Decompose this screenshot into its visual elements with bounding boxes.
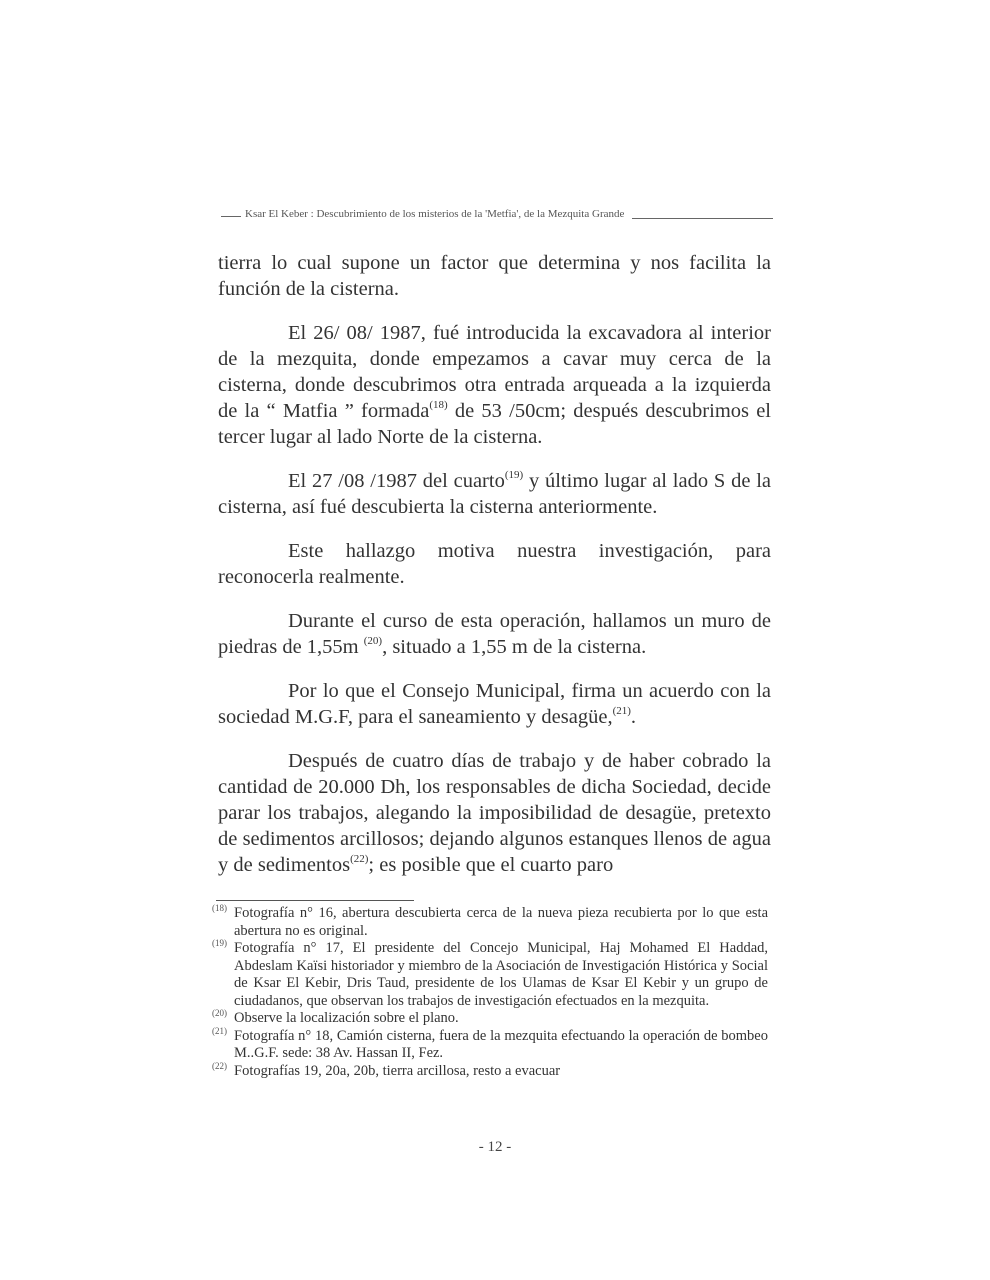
footnotes: (18)Fotografía n° 16, abertura descubier… [212, 905, 768, 1080]
footnote-divider [216, 900, 414, 901]
footnote-19: (19)Fotografía n° 17, El presidente del … [212, 940, 768, 1010]
footnote-ref[interactable]: (20) [364, 635, 382, 647]
paragraph-text: El 27 /08 /1987 del cuarto [288, 470, 505, 492]
paragraph-text: , situado a 1,55 m de la cisterna. [382, 636, 646, 658]
footnote-text: Fotografía n° 17, El presidente del Conc… [234, 940, 768, 1009]
paragraph-text: Por lo que el Consejo Municipal, firma u… [218, 680, 771, 728]
paragraph: Durante el curso de esta operación, hall… [218, 608, 771, 660]
footnote-ref[interactable]: (21) [613, 705, 631, 717]
footnote-ref[interactable]: (22) [350, 853, 368, 865]
paragraph: Este hallazgo motiva nuestra investigaci… [218, 538, 771, 590]
footnote-18: (18)Fotografía n° 16, abertura descubier… [212, 905, 768, 940]
paragraph-text: Este hallazgo motiva nuestra investigaci… [218, 540, 771, 588]
header-rule-right [632, 218, 773, 219]
footnote-22: (22)Fotografías 19, 20a, 20b, tierra arc… [212, 1063, 768, 1081]
footnote-text: Fotografías 19, 20a, 20b, tierra arcillo… [234, 1063, 560, 1079]
footnote-ref[interactable]: (18) [429, 399, 447, 411]
page-number: - 12 - [0, 1139, 990, 1156]
footnote-ref[interactable]: (19) [505, 469, 523, 481]
paragraph-text: tierra lo cual supone un factor que dete… [218, 252, 771, 300]
paragraph: tierra lo cual supone un factor que dete… [218, 250, 771, 302]
footnote-text: Fotografía n° 16, abertura descubierta c… [234, 905, 768, 939]
footnote-text: Fotografía n° 18, Camión cisterna, fuera… [234, 1028, 768, 1062]
paragraph: El 26/ 08/ 1987, fué introducida la exca… [218, 320, 771, 450]
paragraph-text: . [631, 706, 636, 728]
header-rule-left [221, 216, 241, 217]
paragraph-text: ; es posible que el cuarto paro [368, 854, 613, 876]
paragraph: Por lo que el Consejo Municipal, firma u… [218, 678, 771, 730]
paragraph: El 27 /08 /1987 del cuarto(19) y último … [218, 468, 771, 520]
footnote-text: Observe la localización sobre el plano. [234, 1010, 459, 1026]
body-text: tierra lo cual supone un factor que dete… [218, 250, 771, 896]
paragraph: Después de cuatro días de trabajo y de h… [218, 748, 771, 878]
footnote-20: (20)Observe la localización sobre el pla… [212, 1010, 768, 1028]
running-header: Ksar El Keber : Descubrimiento de los mi… [221, 208, 773, 220]
running-title: Ksar El Keber : Descubrimiento de los mi… [245, 208, 624, 220]
footnote-21: (21)Fotografía n° 18, Camión cisterna, f… [212, 1028, 768, 1063]
